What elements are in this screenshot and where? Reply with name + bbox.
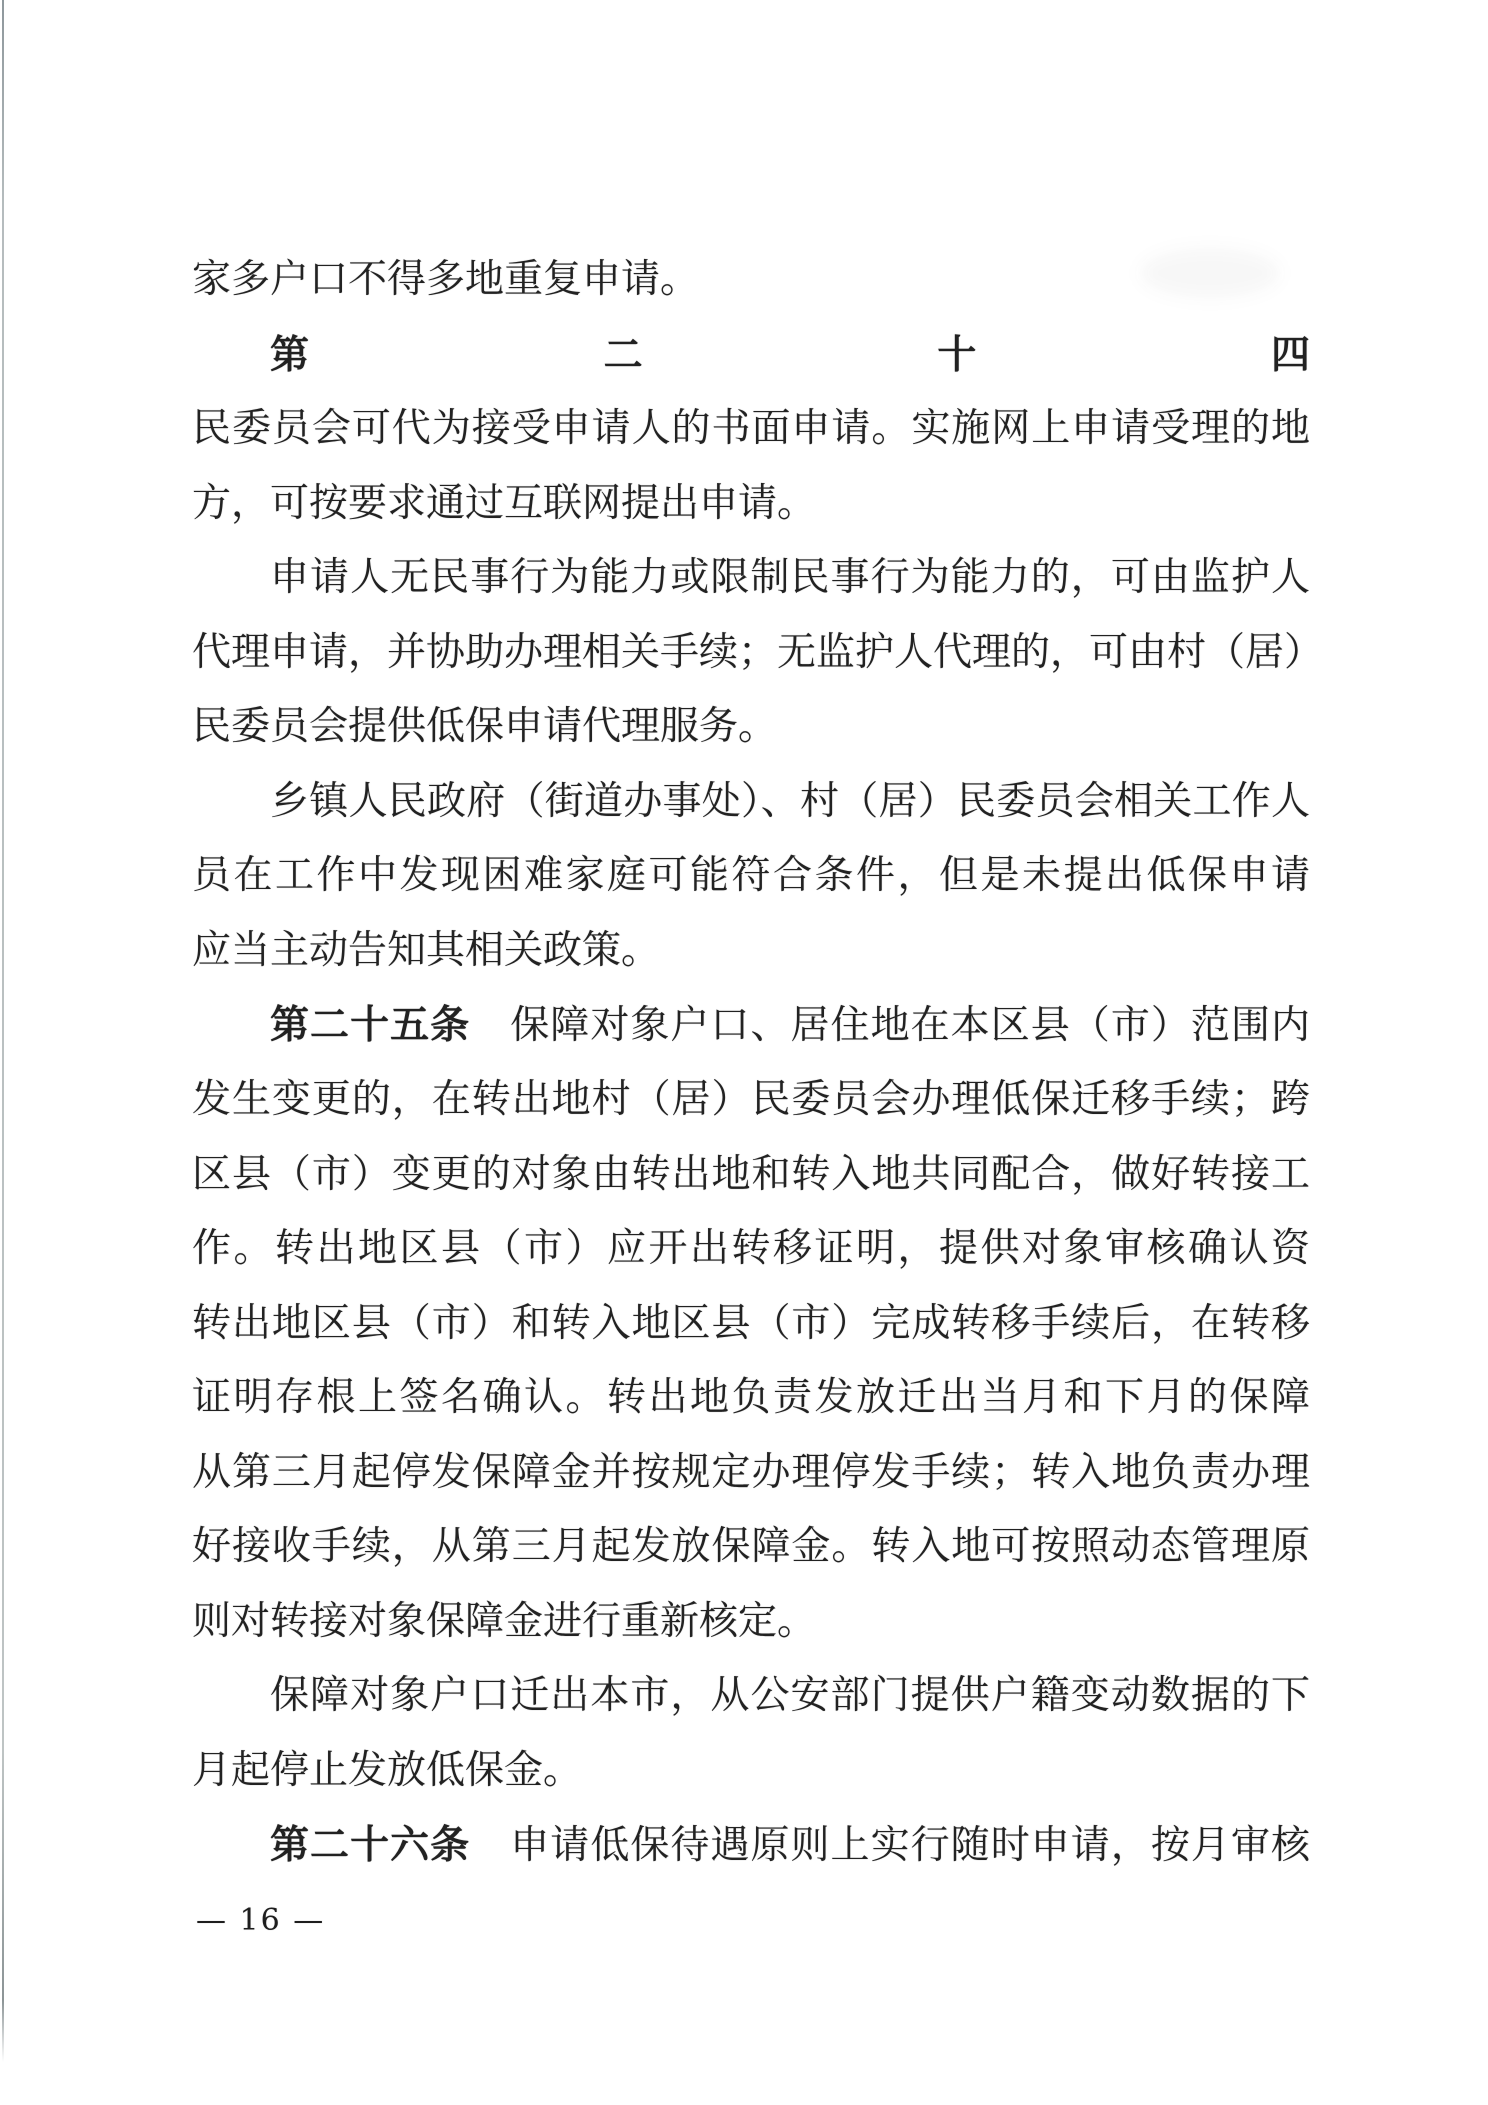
text-segment: 乡镇人民政府（街道办事处）、村（居）民委员会相关工作人 [270, 779, 1310, 824]
text-line: 第二十四条 受乡镇人民政府（街道办事处）委托的村（居） [192, 318, 1310, 393]
text-line: 方，可按要求通过互联网提出申请。 [192, 467, 1310, 542]
text-line: 乡镇人民政府（街道办事处）、村（居）民委员会相关工作人 [192, 765, 1310, 840]
text-line: 转出地区县（市）和转入地区县（市）完成转移手续后，在转移 [192, 1287, 1310, 1362]
text-line: 民委员会提供低保申请代理服务。 [192, 690, 1310, 765]
text-line: 从第三月起停发保障金并按规定办理停发手续；转入地负责办理 [192, 1436, 1310, 1511]
text-segment: 证明存根上签名确认。转出地负责发放迁出当月和下月的保障金， [192, 1375, 1310, 1436]
text-segment: 保障对象户口迁出本市，从公安部门提供户籍变动数据的下 [270, 1673, 1310, 1718]
text-line: 好接收手续，从第三月起发放保障金。转入地可按照动态管理原 [192, 1510, 1310, 1585]
text-segment: 保障对象户口、居住地在本区县（市）范围内 [470, 1003, 1310, 1048]
page-number: — 16 — [196, 1899, 325, 1943]
text-segment: 从第三月起停发保障金并按规定办理停发手续；转入地负责办理 [192, 1450, 1310, 1495]
text-line: 区县（市）变更的对象由转出地和转入地共同配合，做好转接工 [192, 1138, 1310, 1213]
text-line: 保障对象户口迁出本市，从公安部门提供户籍变动数据的下 [192, 1659, 1310, 1734]
text-segment: 转出地区县（市）和转入地区县（市）完成转移手续后，在转移 [192, 1301, 1310, 1346]
text-segment: 民委员会提供低保申请代理服务。 [192, 704, 777, 749]
text-segment: 发生变更的，在转出地村（居）民委员会办理低保迁移手续；跨 [192, 1077, 1310, 1122]
text-line: 证明存根上签名确认。转出地负责发放迁出当月和下月的保障金， [192, 1361, 1310, 1436]
text-segment: 应当主动告知其相关政策。 [192, 928, 660, 973]
text-segment: 家多户口不得多地重复申请。 [192, 257, 699, 302]
text-line: 代理申请，并协助办理相关手续；无监护人代理的，可由村（居） [192, 616, 1310, 691]
document-page: 家多户口不得多地重复申请。第二十四条 受乡镇人民政府（街道办事处）委托的村（居）… [0, 0, 1488, 2105]
text-segment: 好接收手续，从第三月起发放保障金。转入地可按照动态管理原 [192, 1524, 1310, 1569]
text-segment: 区县（市）变更的对象由转出地和转入地共同配合，做好转接工 [192, 1152, 1310, 1197]
text-line: 民委员会可代为接受申请人的书面申请。实施网上申请受理的地 [192, 392, 1310, 467]
text-segment: 申请低保待遇原则上实行随时申请，按月审核 [470, 1823, 1310, 1868]
text-line: 第二十六条 申请低保待遇原则上实行随时申请，按月审核 [192, 1808, 1310, 1883]
article-number: 第二十四条 [192, 332, 1310, 393]
text-line: 第二十五条 保障对象户口、居住地在本区县（市）范围内 [192, 988, 1310, 1063]
text-segment: 代理申请，并协助办理相关手续；无监护人代理的，可由村（居） [192, 630, 1310, 675]
article-number: 第二十六条 [270, 1822, 470, 1868]
text-segment: 申请人无民事行为能力或限制民事行为能力的，可由监护人 [270, 555, 1310, 600]
document-body: 家多户口不得多地重复申请。第二十四条 受乡镇人民政府（街道办事处）委托的村（居）… [192, 243, 1310, 1883]
text-segment: 民委员会可代为接受申请人的书面申请。实施网上申请受理的地 [192, 406, 1310, 451]
text-segment: 作。转出地区县（市）应开出转移证明，提供对象审核确认资料。 [192, 1226, 1310, 1287]
text-segment: 方，可按要求通过互联网提出申请。 [192, 481, 816, 526]
text-line: 发生变更的，在转出地村（居）民委员会办理低保迁移手续；跨 [192, 1063, 1310, 1138]
text-segment: 员在工作中发现困难家庭可能符合条件，但是未提出低保申请的， [192, 853, 1310, 914]
text-segment: 月起停止发放低保金。 [192, 1748, 582, 1793]
text-line: 月起停止发放低保金。 [192, 1734, 1310, 1809]
text-line: 则对转接对象保障金进行重新核定。 [192, 1585, 1310, 1660]
text-line: 作。转出地区县（市）应开出转移证明，提供对象审核确认资料。 [192, 1212, 1310, 1287]
text-line: 员在工作中发现困难家庭可能符合条件，但是未提出低保申请的， [192, 839, 1310, 914]
text-segment: 则对转接对象保障金进行重新核定。 [192, 1599, 816, 1644]
text-line: 应当主动告知其相关政策。 [192, 914, 1310, 989]
text-line: 申请人无民事行为能力或限制民事行为能力的，可由监护人 [192, 541, 1310, 616]
article-number: 第二十五条 [270, 1002, 470, 1048]
scan-edge-artifact [2, 0, 4, 2062]
text-line: 家多户口不得多地重复申请。 [192, 243, 1310, 318]
